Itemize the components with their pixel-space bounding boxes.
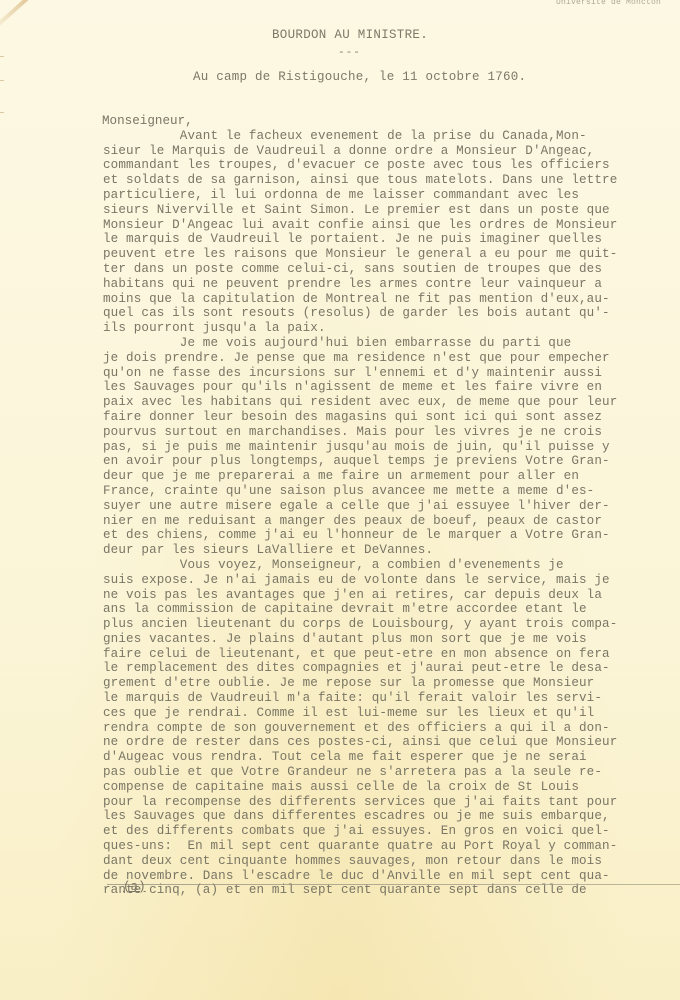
text-line: deur par les sieurs LaValliere et DeVann… [103,543,680,558]
text-line: et des chiens, comme j'ai eu l'honneur d… [103,528,680,543]
text-line: qu'on ne fasse des incursions sur l'enne… [103,366,680,381]
text-line: paix avec les habitans qui resident avec… [103,395,680,410]
text-line: quel cas ils sont resouts (resolus) de g… [103,306,680,321]
text-line: ne ordre de rester dans ces postes-ci, a… [103,735,680,750]
text-line: ces que je rendrai. Comme il est lui-mem… [103,706,680,721]
text-line: sieur le Marquis de Vaudreuil a donne or… [103,144,680,159]
letter-body: Avant le facheux evenement de la prise d… [103,114,680,898]
text-line: suyer une autre misere egale a celle que… [103,499,680,514]
text-line: de novembre. Dans l'escadre le duc d'Anv… [103,869,680,884]
text-line: compense de capitaine mais aussi celle d… [103,780,680,795]
text-line: pour la recompense des differents servic… [103,795,680,810]
footnote-marker-text: (a) [123,880,146,894]
text-line: d'Augeac vous rendra. Tout cela me fait … [103,750,680,765]
text-line: particuliere, il lui ordonna de me laiss… [103,188,680,203]
text-line: Vous voyez, Monseigneur, a combien d'eve… [103,558,680,573]
text-line: le marquis de Vaudreuil le portaient. Je… [103,232,680,247]
dateline: Au camp de Ristigouche, le 11 octobre 17… [193,70,526,84]
archive-stamp: Université de Moncton [556,0,661,7]
line-spacer [103,114,680,129]
text-line: Monsieur D'Angeac lui avait confie ainsi… [103,218,680,233]
text-line: gnies vacantes. Je plains d'autant plus … [103,632,680,647]
text-line: plus ancien lieutenant du corps de Louis… [103,617,680,632]
text-line: faire celui de lieutenant, et que peut-e… [103,647,680,662]
text-line: deur que je me preparerai a me faire un … [103,469,680,484]
text-line: ne vois pas les avantages que j'en ai re… [103,588,680,603]
text-line: ques-uns: En mil sept cent quarante quat… [103,839,680,854]
edge-mark [0,56,4,57]
text-line: commandant les troupes, d'evacuer ce pos… [103,158,680,173]
text-line: France, crainte qu'une saison plus avanc… [103,484,680,499]
text-line: ter dans un poste comme celui-ci, sans s… [103,262,680,277]
title-separator: --- [338,47,361,59]
text-line: habitans qui ne peuvent prendre les arme… [103,277,680,292]
text-line: dant deux cent cinquante hommes sauvages… [103,854,680,869]
document-title: BOURDON AU MINISTRE. [0,28,680,42]
text-line: grement d'etre oublie. Je me repose sur … [103,676,680,691]
text-line: rendra compte de son gouvernement et des… [103,721,680,736]
text-line: Je me vois aujourd'hui bien embarrasse d… [103,336,680,351]
text-line: les Sauvages pour qu'ils n'agissent de m… [103,380,680,395]
edge-mark [0,112,4,113]
text-line: pas, si je puis me maintenir jusqu'au mo… [103,440,680,455]
footnote-rule [107,884,680,885]
text-line: pas oublie et que Votre Grandeur ne s'ar… [103,765,680,780]
footnote-marker: (a) [123,880,146,894]
edge-mark [0,80,4,81]
text-line: et soldats de sa garnison, ainsi que tou… [103,173,680,188]
text-line: en avoir pour plus longtemps, auquel tem… [103,454,680,469]
text-line: faire donner leur besoin des magasins qu… [103,410,680,425]
text-line: Avant le facheux evenement de la prise d… [103,129,680,144]
text-line: je dois prendre. Je pense que ma residen… [103,351,680,366]
text-line: ils pourront jusqu'a la paix. [103,321,680,336]
text-line: sieurs Niverville et Saint Simon. Le pre… [103,203,680,218]
text-line: peuvent etre les raisons que Monsieur le… [103,247,680,262]
text-line: rante cinq, (a) et en mil sept cent quar… [103,883,680,898]
text-line: et des differents combats que j'ai essuy… [103,824,680,839]
text-line: le marquis de Vaudreuil m'a faite: qu'il… [103,691,680,706]
text-line: les Sauvages que dans differentes escadr… [103,809,680,824]
text-line: ans la commission de capitaine devrait m… [103,602,680,617]
text-line: pourvus surtout en marchandises. Mais po… [103,425,680,440]
text-line: nier en me reduisant a manger des peaux … [103,514,680,529]
document-page: Université de Moncton BOURDON AU MINISTR… [0,0,680,1000]
text-line: suis expose. Je n'ai jamais eu de volont… [103,573,680,588]
text-line: le remplacement des dites compagnies et … [103,661,680,676]
text-line: moins que la capitulation de Montreal ne… [103,292,680,307]
